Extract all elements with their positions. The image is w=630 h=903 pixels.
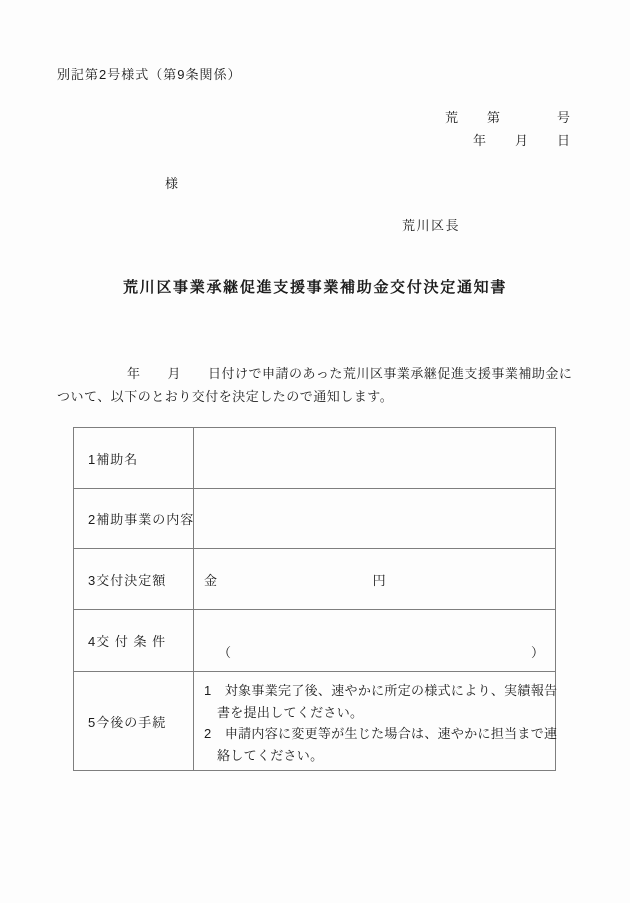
date-line: 年 月 日 — [445, 129, 571, 152]
table-row-future-procedures: 5今後の手続 1 対象事業完了後、速やかに所定の様式により、実績報告 書を提出し… — [74, 672, 556, 771]
row-label-subsidy-name: 1補助名 — [74, 428, 194, 489]
row-label-future-procedures: 5今後の手続 — [74, 672, 194, 771]
paren-close: ） — [531, 642, 545, 661]
grant-decision-table: 1補助名 2補助事業の内容 3交付決定額 金 円 4交 付 条 件 — [73, 427, 556, 771]
row-content-grant-conditions: （ ） — [194, 610, 556, 672]
document-title: 荒川区事業承継促進支援事業補助金交付決定通知書 — [0, 276, 630, 297]
row-content-future-procedures: 1 対象事業完了後、速やかに所定の様式により、実績報告 書を提出してください。 … — [194, 672, 556, 771]
table-row-subsidy-name: 1補助名 — [74, 428, 556, 489]
procedure-line-1: 1 対象事業完了後、速やかに所定の様式により、実績報告 — [204, 680, 551, 702]
row-content-grant-amount: 金 円 — [194, 549, 556, 610]
table-row-project-details: 2補助事業の内容 — [74, 489, 556, 549]
row-label-grant-conditions: 4交 付 条 件 — [74, 610, 194, 672]
amount-suffix: 円 — [373, 573, 387, 588]
row-content-subsidy-name — [194, 428, 556, 489]
body-line-1: 年 月 日付けで申請のあった荒川区事業承継促進支援事業補助金に — [57, 362, 582, 385]
body-line-2: ついて、以下のとおり交付を決定したので通知します。 — [57, 385, 582, 408]
paren-open: （ — [218, 642, 232, 661]
document-page: 別記第2号様式（第9条関係） 荒 第 号 年 月 日 様 荒川区長 荒川区事業承… — [0, 0, 630, 903]
recipient-honorific: 様 — [165, 173, 179, 192]
doc-number-line: 荒 第 号 — [445, 106, 571, 129]
row-label-grant-amount: 3交付決定額 — [74, 549, 194, 610]
table-row-grant-amount: 3交付決定額 金 円 — [74, 549, 556, 610]
sender-name: 荒川区長 — [402, 215, 460, 234]
form-number-label: 別記第2号様式（第9条関係） — [57, 64, 241, 83]
procedure-line-2: 書を提出してください。 — [204, 702, 551, 724]
procedure-line-3: 2 申請内容に変更等が生じた場合は、速やかに担当まで連 — [204, 723, 551, 745]
body-paragraph: 年 月 日付けで申請のあった荒川区事業承継促進支援事業補助金に ついて、以下のと… — [57, 362, 582, 408]
row-label-project-details: 2補助事業の内容 — [74, 489, 194, 549]
doc-reference-block: 荒 第 号 年 月 日 — [445, 106, 571, 152]
amount-prefix: 金 — [204, 573, 218, 588]
row-content-project-details — [194, 489, 556, 549]
table-row-grant-conditions: 4交 付 条 件 （ ） — [74, 610, 556, 672]
procedure-line-4: 絡してください。 — [204, 745, 551, 767]
